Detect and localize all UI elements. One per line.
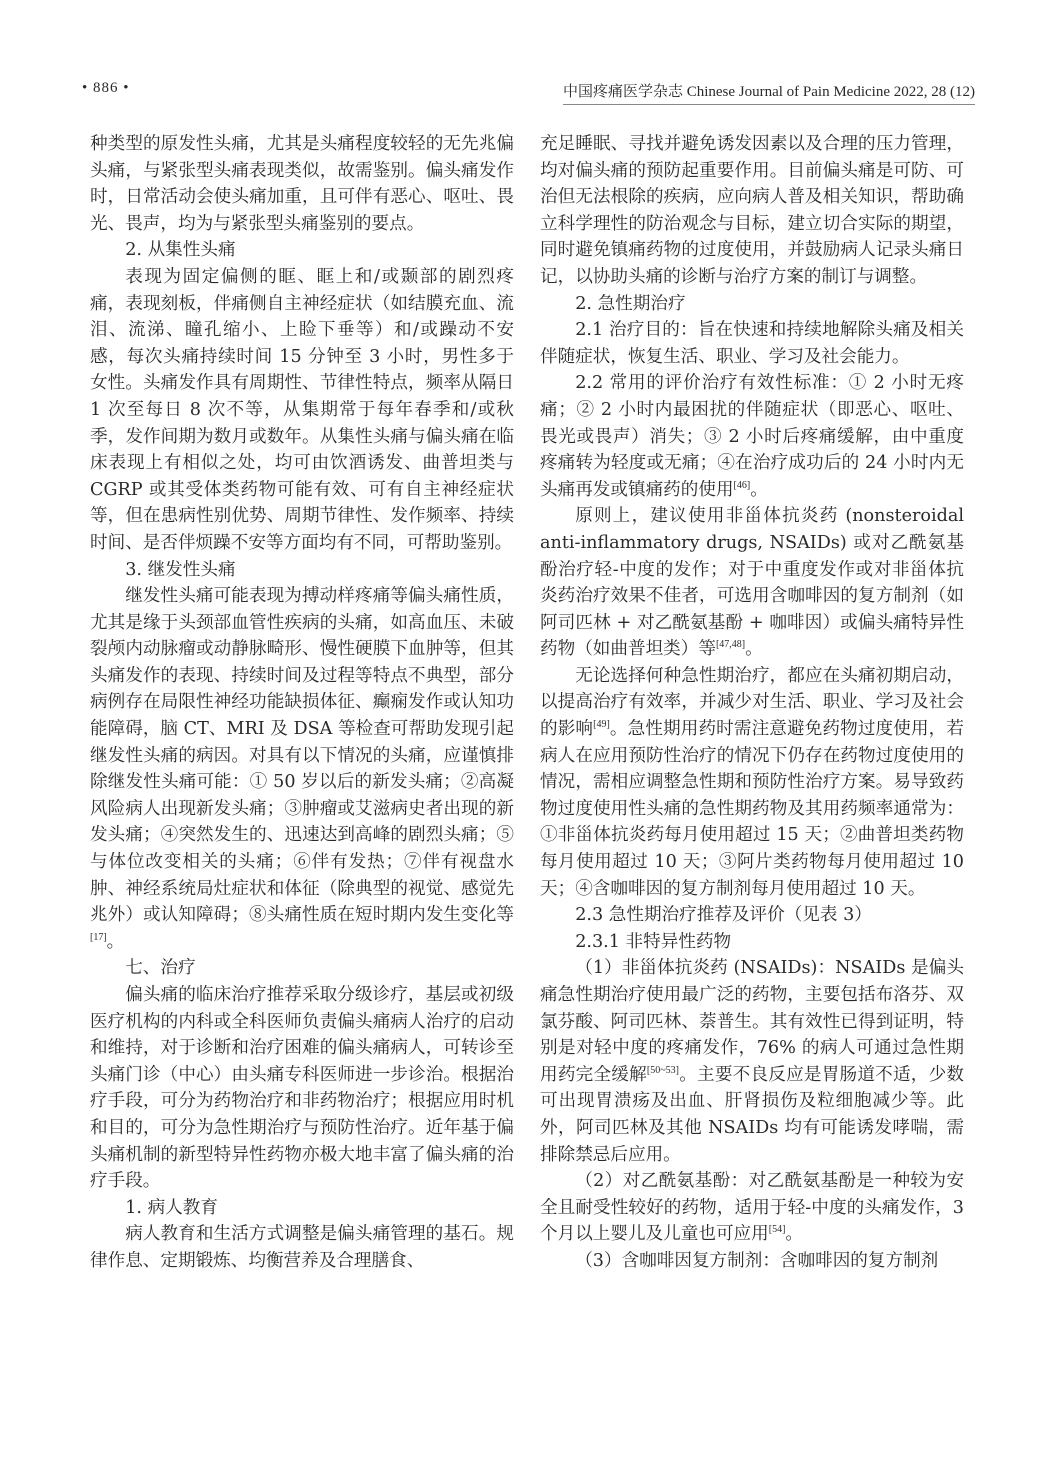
page-number: • 886 • [82, 80, 130, 97]
body-paragraph: 原则上，建议使用非甾体抗炎药 (nonsteroidal anti-inflam… [540, 503, 964, 663]
paragraph-text: 病人教育和生活方式调整是偏头痛管理的基石。规律作息、定期锻炼、均衡营养及合理膳食… [90, 1224, 514, 1271]
citation-reference: [46] [734, 480, 751, 491]
paragraph-text: 2.3.1 非特异性药物 [575, 932, 731, 952]
body-paragraph: （3）含咖啡因复方制剂：含咖啡因的复方制剂 [540, 1248, 964, 1275]
section-heading: 2. 从集性头痛 [90, 237, 514, 264]
body-paragraph: 2.1 治疗目的：旨在快速和持续地解除头痛及相关伴随症状，恢复生活、职业、学习及… [540, 317, 964, 370]
continued-paragraph: 充足睡眠、寻找并避免诱发因素以及合理的压力管理，均对偏头痛的预防起重要作用。目前… [540, 131, 964, 291]
right-column: 充足睡眠、寻找并避免诱发因素以及合理的压力管理，均对偏头痛的预防起重要作用。目前… [540, 131, 964, 1275]
journal-running-title: 中国疼痛医学杂志 Chinese Journal of Pain Medicin… [563, 80, 975, 105]
page-header: • 886 • 中国疼痛医学杂志 Chinese Journal of Pain… [0, 78, 1050, 108]
paragraph-text-tail: 。 [107, 932, 125, 952]
body-paragraph: 无论选择何种急性期治疗，都应在头痛初期启动，以提高治疗有效率，并减少对生活、职业… [540, 663, 964, 902]
body-paragraph: 表现为固定偏侧的眶、眶上和/或颞部的剧烈疼痛，表现刻板，伴痛侧自主神经症状（如结… [90, 264, 514, 557]
continued-paragraph: 种类型的原发性头痛，尤其是头痛程度较轻的无先兆偏头痛，与紧张型头痛表现类似，故需… [90, 131, 514, 237]
paragraph-text-tail: 。急性期用药时需注意避免药物过度使用，若病人在应用预防性治疗的情况下仍存在药物过… [540, 719, 964, 899]
paragraph-text: 继发性头痛可能表现为搏动样疼痛等偏头痛性质，尤其是缘于头颈部血管性疾病的头痛，如… [90, 586, 514, 925]
section-heading: 1. 病人教育 [90, 1195, 514, 1222]
section-heading: 3. 继发性头痛 [90, 557, 514, 584]
citation-reference: [50~53] [647, 1065, 679, 1076]
paragraph-text: （2）对乙酰氨基酚：对乙酰氨基酚是一种较为安全且耐受性较好的药物，适用于轻-中度… [540, 1171, 964, 1244]
body-paragraph: 2.2 常用的评价治疗有效性标准：① 2 小时无疼痛；② 2 小时内最困扰的伴随… [540, 370, 964, 503]
section-heading: 2.3 急性期治疗推荐及评价（见表 3） [540, 902, 964, 929]
section-heading: 七、治疗 [90, 955, 514, 982]
paragraph-text: 2. 急性期治疗 [575, 294, 685, 314]
citation-reference: [49] [593, 719, 610, 730]
citation-reference: [47,48] [716, 639, 745, 650]
left-column: 种类型的原发性头痛，尤其是头痛程度较轻的无先兆偏头痛，与紧张型头痛表现类似，故需… [90, 131, 514, 1275]
paragraph-text: 3. 继发性头痛 [125, 560, 235, 580]
paragraph-text-tail: 。 [745, 639, 763, 659]
body-paragraph: （2）对乙酰氨基酚：对乙酰氨基酚是一种较为安全且耐受性较好的药物，适用于轻-中度… [540, 1168, 964, 1248]
section-heading: 2.3.1 非特异性药物 [540, 929, 964, 956]
paragraph-text: （3）含咖啡因复方制剂：含咖啡因的复方制剂 [575, 1251, 938, 1271]
paragraph-text: 1. 病人教育 [125, 1198, 218, 1218]
paragraph-text: 充足睡眠、寻找并避免诱发因素以及合理的压力管理，均对偏头痛的预防起重要作用。目前… [540, 134, 964, 287]
citation-reference: [54] [769, 1224, 786, 1235]
body-paragraph: （1）非甾体抗炎药 (NSAIDs)：NSAIDs 是偏头痛急性期治疗使用最广泛… [540, 955, 964, 1168]
paragraph-text: 2.1 治疗目的：旨在快速和持续地解除头痛及相关伴随症状，恢复生活、职业、学习及… [540, 320, 964, 367]
paragraph-text: 2.3 急性期治疗推荐及评价（见表 3） [575, 905, 872, 925]
paragraph-text: 表现为固定偏侧的眶、眶上和/或颞部的剧烈疼痛，表现刻板，伴痛侧自主神经症状（如结… [90, 267, 514, 553]
body-paragraph: 偏头痛的临床治疗推荐采取分级诊疗，基层或初级医疗机构的内科或全科医师负责偏头痛病… [90, 982, 514, 1195]
paragraph-text: 原则上，建议使用非甾体抗炎药 (nonsteroidal anti-inflam… [540, 506, 964, 659]
paragraph-text: 偏头痛的临床治疗推荐采取分级诊疗，基层或初级医疗机构的内科或全科医师负责偏头痛病… [90, 985, 514, 1191]
body-paragraph: 病人教育和生活方式调整是偏头痛管理的基石。规律作息、定期锻炼、均衡营养及合理膳食… [90, 1221, 514, 1274]
paragraph-text-tail: 。 [750, 480, 768, 500]
paragraph-text: 种类型的原发性头痛，尤其是头痛程度较轻的无先兆偏头痛，与紧张型头痛表现类似，故需… [90, 134, 514, 234]
body-paragraph: 继发性头痛可能表现为搏动样疼痛等偏头痛性质，尤其是缘于头颈部血管性疾病的头痛，如… [90, 583, 514, 955]
citation-reference: [17] [90, 932, 107, 943]
paragraph-text-tail: 。 [785, 1224, 803, 1244]
paragraph-text: 2. 从集性头痛 [125, 240, 235, 260]
section-heading: 2. 急性期治疗 [540, 291, 964, 318]
paragraph-text: 七、治疗 [125, 958, 195, 978]
